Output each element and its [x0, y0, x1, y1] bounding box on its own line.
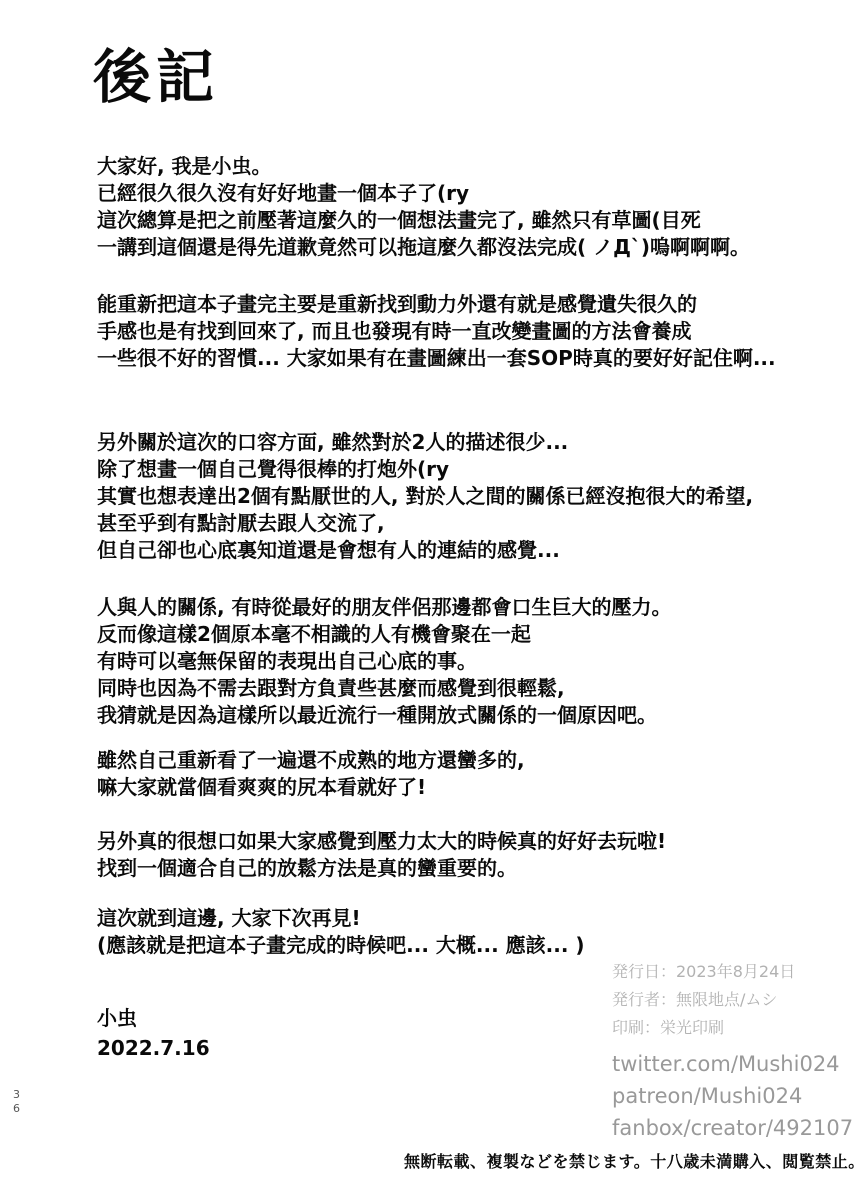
author-name: 小虫 — [97, 1003, 210, 1033]
colophon-link-line: twitter.com/Mushi024 — [612, 1048, 858, 1080]
paragraph: 這次就到這邊, 大家下次再見!(應該就是把這本子畫完成的時候吧... 大概...… — [97, 905, 777, 959]
text-line: 手感也是有找到回來了, 而且也發現有時一直改變畫圖的方法會養成 — [97, 318, 777, 345]
colophon-link-line: patreon/Mushi024 — [612, 1080, 858, 1112]
afterword-page: 後記 大家好, 我是小虫。已經很久很久沒有好好地畫一個本子了(ry這次總算是把之… — [0, 0, 858, 1200]
colophon-info-line: 印刷：栄光印刷 — [612, 1014, 858, 1042]
colophon: 発行日：2023年8月24日発行者：無限地点/ムシ印刷：栄光印刷 twitter… — [612, 958, 858, 1144]
text-line: 其實也想表達出2個有點厭世的人, 對於人之間的關係已經沒抱很大的希望, — [97, 483, 777, 510]
colophon-links: twitter.com/Mushi024patreon/Mushi024fanb… — [612, 1048, 858, 1144]
text-line: 已經很久很久沒有好好地畫一個本子了(ry — [97, 180, 777, 207]
text-line: 甚至乎到有點討厭去跟人交流了, — [97, 510, 777, 537]
paragraph: 人與人的關係, 有時從最好的朋友伴侶那邊都會口生巨大的壓力。反而像這樣2個原本毫… — [97, 594, 777, 729]
page-number: 36 — [10, 1088, 23, 1116]
text-line: 找到一個適合自己的放鬆方法是真的蠻重要的。 — [97, 855, 777, 882]
text-line: 這次就到這邊, 大家下次再見! — [97, 905, 777, 932]
paragraph: 雖然自己重新看了一遍還不成熟的地方還蠻多的,嘛大家就當個看爽爽的尻本看就好了! — [97, 747, 777, 801]
text-line: 同時也因為不需去跟對方負責些甚麼而感覺到很輕鬆, — [97, 675, 777, 702]
text-line: 人與人的關係, 有時從最好的朋友伴侶那邊都會口生巨大的壓力。 — [97, 594, 777, 621]
footer-notice: 無断転載、複製などを禁じます。十八歳未満購入、閲覧禁止。 — [404, 1149, 858, 1172]
text-line: 另外關於這次的口容方面, 雖然對於2人的描述很少... — [97, 429, 777, 456]
signature: 小虫 2022.7.16 — [97, 1003, 210, 1063]
colophon-info-line: 発行者：無限地点/ムシ — [612, 986, 858, 1014]
paragraph: 能重新把這本子畫完主要是重新找到動力外還有就是感覺遺失很久的手感也是有找到回來了… — [97, 291, 777, 372]
colophon-info: 発行日：2023年8月24日発行者：無限地点/ムシ印刷：栄光印刷 — [612, 958, 858, 1042]
text-line: 一講到這個還是得先道歉竟然可以拖這麼久都沒法完成( ノД`)嗚啊啊啊。 — [97, 234, 777, 261]
text-line: 但自己卻也心底裏知道還是會想有人的連結的感覺... — [97, 537, 777, 564]
text-line: 另外真的很想口如果大家感覺到壓力太大的時候真的好好去玩啦! — [97, 828, 777, 855]
text-line: 除了想畫一個自己覺得很棒的打炮外(ry — [97, 456, 777, 483]
text-line: 嘛大家就當個看爽爽的尻本看就好了! — [97, 774, 777, 801]
text-line: (應該就是把這本子畫完成的時候吧... 大概... 應該... ) — [97, 932, 777, 959]
text-line: 雖然自己重新看了一遍還不成熟的地方還蠻多的, — [97, 747, 777, 774]
text-line: 這次總算是把之前壓著這麼久的一個想法畫完了, 雖然只有草圖(目死 — [97, 207, 777, 234]
colophon-link-line: fanbox/creator/492107 — [612, 1112, 858, 1144]
text-line: 能重新把這本子畫完主要是重新找到動力外還有就是感覺遺失很久的 — [97, 291, 777, 318]
signature-date: 2022.7.16 — [97, 1033, 210, 1063]
paragraph: 另外真的很想口如果大家感覺到壓力太大的時候真的好好去玩啦!找到一個適合自己的放鬆… — [97, 828, 777, 882]
text-line: 大家好, 我是小虫。 — [97, 153, 777, 180]
body-text: 大家好, 我是小虫。已經很久很久沒有好好地畫一個本子了(ry這次總算是把之前壓著… — [97, 153, 777, 987]
page-title: 後記 — [93, 30, 219, 114]
text-line: 我猜就是因為這樣所以最近流行一種開放式關係的一個原因吧。 — [97, 702, 777, 729]
colophon-info-line: 発行日：2023年8月24日 — [612, 958, 858, 986]
text-line: 有時可以毫無保留的表現出自己心底的事。 — [97, 648, 777, 675]
text-line: 一些很不好的習慣... 大家如果有在畫圖練出一套SOP時真的要好好記住啊... — [97, 345, 777, 372]
paragraph: 大家好, 我是小虫。已經很久很久沒有好好地畫一個本子了(ry這次總算是把之前壓著… — [97, 153, 777, 261]
text-line: 反而像這樣2個原本毫不相識的人有機會聚在一起 — [97, 621, 777, 648]
paragraph: 另外關於這次的口容方面, 雖然對於2人的描述很少...除了想畫一個自己覺得很棒的… — [97, 429, 777, 564]
